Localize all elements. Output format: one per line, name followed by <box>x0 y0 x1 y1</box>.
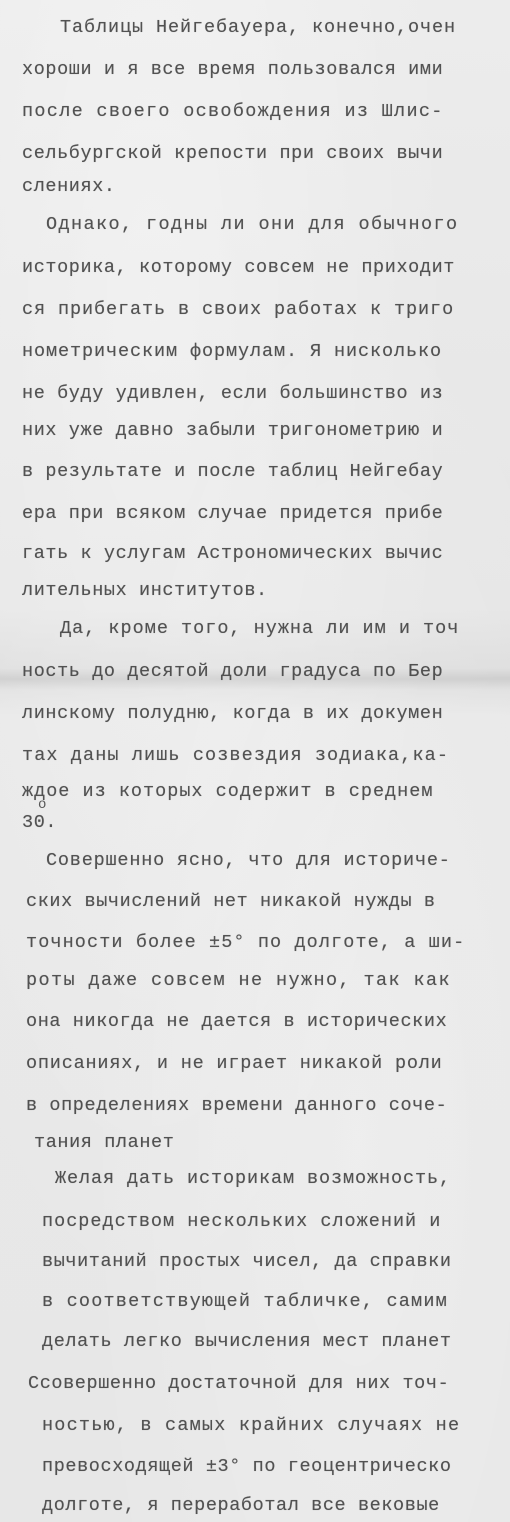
text-line-7: историка, которому совсем не приходит <box>22 259 455 278</box>
text-line-13: ера при всяком случае придется прибе <box>22 505 443 524</box>
text-line-23: ских вычислений нет никакой нужды в <box>26 893 436 912</box>
text-line-28: в определениях времени данного соче- <box>26 1097 447 1116</box>
text-line-24: точности более ±5° по долготе, а ши- <box>26 934 465 953</box>
text-line-18: линскому полудню, когда в их докумен <box>22 705 443 724</box>
text-line-30: Желая дать историкам возможность, <box>55 1170 451 1189</box>
text-line-14: гать к услугам Астрономических вычис <box>22 545 443 564</box>
text-line-10: не буду удивлен, если большинство из <box>22 385 443 404</box>
text-line-32: вычитаний простых чисел, да справки <box>42 1253 452 1272</box>
text-line-34: делать легко вычисления мест планет <box>42 1333 452 1352</box>
text-line-25: роты даже совсем не нужно, так как <box>26 972 451 991</box>
text-line-6: Однако, годны ли они для обычного <box>46 216 459 235</box>
text-line-27: описаниях, и не играет никакой роли <box>26 1055 443 1074</box>
text-line-5: слениях. <box>22 178 116 197</box>
text-line-31: посредством нескольких сложений и <box>42 1213 441 1232</box>
text-line-21: 30. <box>22 814 57 833</box>
text-line-29: тания планет <box>34 1134 174 1153</box>
text-line-11: них уже давно забыли тригонометрию и <box>22 422 443 441</box>
text-line-19: тах даны лишь созвездия зодиака,ка- <box>22 747 449 766</box>
text-line-1: Таблицы Нейгебауера, конечно,очен <box>60 19 456 38</box>
text-line-38: долготе, я переработал все вековые <box>42 1497 440 1516</box>
text-line-36: ностью, в самых крайних случаях не <box>42 1417 460 1436</box>
text-line-35: Ссовершенно достаточной для них точ- <box>28 1375 449 1394</box>
text-line-20: ждое из которых содержит в среднем <box>22 783 433 802</box>
text-line-37: превосходящей ±3° по геоцентрическо <box>42 1458 452 1477</box>
text-line-9: нометрическим формулам. Я нисколько <box>22 343 442 362</box>
text-line-4: сельбургской крепости при своих вычи <box>22 145 443 164</box>
text-line-17: ность до десятой доли градуса по Бер <box>22 663 443 682</box>
text-line-3: после своего освобождения из Шлис- <box>22 103 444 122</box>
text-line-15: лительных институтов. <box>22 582 268 601</box>
degree-mark: o <box>38 797 46 813</box>
text-line-12: в результате и после таблиц Нейгебау <box>22 463 443 482</box>
document-page: Таблицы Нейгебауера, конечно,очен хороши… <box>0 0 510 1522</box>
text-line-2: хороши и я все время пользовался ими <box>22 61 443 80</box>
text-line-26: она никогда не дается в исторических <box>26 1013 447 1032</box>
text-line-22: Совершенно ясно, что для историче- <box>46 852 451 871</box>
text-line-8: ся прибегать в своих работах к триго <box>22 301 454 320</box>
text-line-33: в соответствующей табличке, самим <box>42 1293 448 1312</box>
text-line-16: Да, кроме того, нужна ли им и точ <box>60 620 459 639</box>
